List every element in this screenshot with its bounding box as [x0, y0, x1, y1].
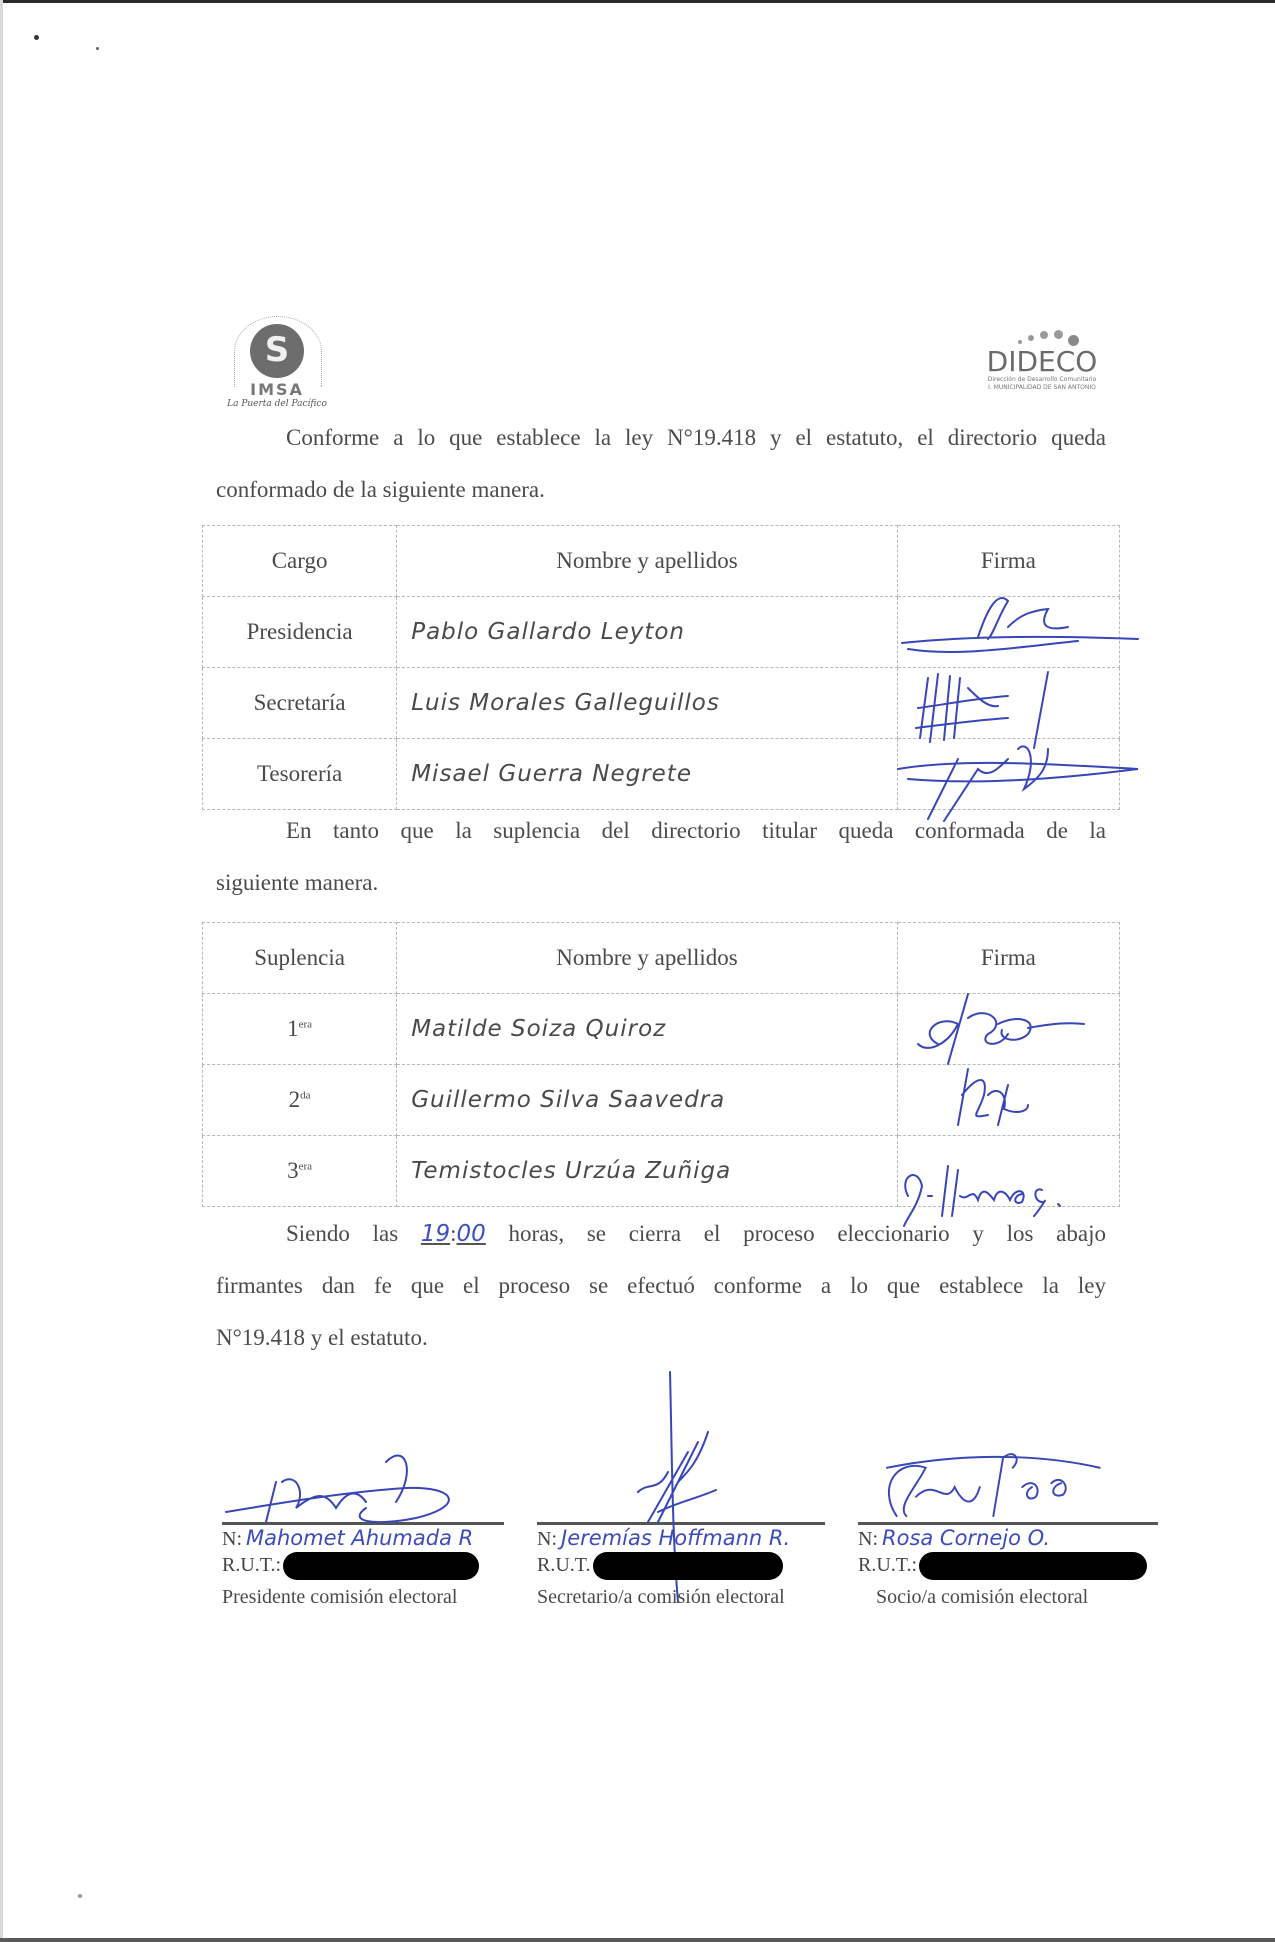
handwritten-name: Matilde Soiza Quiroz — [397, 994, 898, 1065]
suplencia-table: Suplencia Nombre y apellidos Firma 1era … — [202, 922, 1120, 1207]
imsa-logo: IMSA La Puerta del Pacífico — [222, 316, 332, 416]
closing-post: horas, se cierra el proceso eleccionario… — [509, 1221, 1106, 1246]
handwritten-name: Temistocles Urzúa Zuñiga — [397, 1136, 898, 1207]
redacted-rut — [919, 1552, 1147, 1580]
table-row: 3era Temistocles Urzúa Zuñiga — [203, 1136, 1120, 1207]
intro-paragraph: Conforme a lo que establece la ley N°19.… — [216, 412, 1106, 516]
signatory-role: Secretario/a comisión electoral — [537, 1584, 825, 1610]
signature-scribble-icon — [898, 668, 1138, 748]
closing-paragraph: Siendo las 19:00 horas, se cierra el pro… — [216, 1208, 1106, 1364]
rut-label: R.U.T.: — [222, 1554, 281, 1576]
scan-edge-bottom — [0, 1938, 1275, 1942]
closing-line-3: N°19.418 y el estatuto. — [216, 1312, 1106, 1364]
signatory-name: Jeremías Hoffmann R. — [561, 1526, 790, 1550]
signature-cell — [897, 668, 1119, 739]
scan-speck — [78, 1894, 82, 1898]
cargo-cell: Tesorería — [203, 739, 397, 810]
signatory-presidente: N:Mahomet Ahumada R R.U.T.: Presidente c… — [222, 1522, 504, 1610]
table-row: Presidencia Pablo Gallardo Leyton — [203, 597, 1120, 668]
redacted-rut — [593, 1552, 783, 1580]
dideco-logo-line2: I. MUNICIPALIDAD DE SAN ANTONIO — [982, 384, 1102, 392]
name-label: N: — [858, 1528, 878, 1550]
handwritten-name: Pablo Gallardo Leyton — [397, 597, 898, 668]
signature-scribble-icon — [858, 1447, 1148, 1532]
signature-scribble-icon — [898, 1065, 1138, 1145]
signatory-name: Rosa Cornejo O. — [882, 1526, 1050, 1550]
closing-hour: 19 — [421, 1221, 450, 1247]
closing-pre: Siendo las — [286, 1221, 398, 1246]
table-row: 1era Matilde Soiza Quiroz — [203, 994, 1120, 1065]
column-header-nombre: Nombre y apellidos — [397, 526, 898, 597]
signature-cell — [897, 1136, 1119, 1207]
signatory-socio: N:Rosa Cornejo O. R.U.T.: Socio/a comisi… — [858, 1522, 1158, 1610]
scan-edge-top — [0, 0, 1275, 3]
column-header-firma: Firma — [897, 923, 1119, 994]
signature-cell — [897, 1065, 1119, 1136]
directorio-table: Cargo Nombre y apellidos Firma Presidenc… — [202, 525, 1120, 810]
signature-cell — [897, 597, 1119, 668]
name-label: N: — [222, 1528, 242, 1550]
column-header-cargo: Cargo — [203, 526, 397, 597]
redacted-rut — [283, 1552, 479, 1580]
signature-scribble-icon — [222, 1452, 512, 1532]
handwritten-name: Luis Morales Galleguillos — [397, 668, 898, 739]
table-header-row: Cargo Nombre y apellidos Firma — [203, 526, 1120, 597]
suplencia-line-2: siguiente manera. — [216, 857, 1106, 909]
intro-line-1: Conforme a lo que establece la ley N°19.… — [286, 425, 1106, 450]
column-header-firma: Firma — [897, 526, 1119, 597]
signature-scribble-icon — [898, 597, 1138, 677]
suplencia-line-1: En tanto que la suplencia del directorio… — [286, 818, 1106, 843]
scan-speck — [34, 35, 39, 40]
column-header-nombre: Nombre y apellidos — [397, 923, 898, 994]
scan-speck — [96, 47, 99, 50]
dideco-logo-name: DIDECO — [982, 348, 1102, 376]
dideco-logo-line1: Dirección de Desarrollo Comunitario — [982, 376, 1102, 384]
ordinal-cell: 2da — [203, 1065, 397, 1136]
cargo-cell: Secretaría — [203, 668, 397, 739]
signatory-role: Presidente comisión electoral — [222, 1584, 504, 1610]
ordinal-cell: 3era — [203, 1136, 397, 1207]
dideco-dots-icon — [982, 326, 1102, 348]
signature-cell — [897, 739, 1119, 810]
column-header-suplencia: Suplencia — [203, 923, 397, 994]
handwritten-name: Misael Guerra Negrete — [397, 739, 898, 810]
dideco-logo: DIDECO Dirección de Desarrollo Comunitar… — [982, 326, 1102, 392]
handwritten-name: Guillermo Silva Saavedra — [397, 1065, 898, 1136]
closing-line-2: firmantes dan fe que el proceso se efect… — [216, 1260, 1106, 1312]
table-row: Secretaría Luis Morales Galleguillos — [203, 668, 1120, 739]
cargo-cell: Presidencia — [203, 597, 397, 668]
signature-cell — [897, 994, 1119, 1065]
signature-scribble-icon — [898, 994, 1138, 1074]
closing-minute: 00 — [457, 1221, 486, 1247]
imsa-logo-tagline: La Puerta del Pacífico — [222, 399, 332, 409]
suplencia-paragraph: En tanto que la suplencia del directorio… — [216, 805, 1106, 909]
table-row: Tesorería Misael Guerra Negrete — [203, 739, 1120, 810]
signatory-secretario: N:Jeremías Hoffmann R. R.U.T. Secretario… — [537, 1522, 825, 1610]
ordinal-cell: 1era — [203, 994, 397, 1065]
name-label: N: — [537, 1528, 557, 1550]
rut-label: R.U.T. — [537, 1554, 591, 1576]
signatory-role: Socio/a comisión electoral — [858, 1584, 1158, 1610]
scan-edge-left — [0, 0, 3, 1942]
rut-label: R.U.T.: — [858, 1554, 917, 1576]
table-row: 2da Guillermo Silva Saavedra — [203, 1065, 1120, 1136]
signatory-name: Mahomet Ahumada R — [246, 1526, 473, 1550]
imsa-emblem-icon — [250, 324, 304, 378]
intro-line-2: conformado de la siguiente manera. — [216, 464, 1106, 516]
table-header-row: Suplencia Nombre y apellidos Firma — [203, 923, 1120, 994]
